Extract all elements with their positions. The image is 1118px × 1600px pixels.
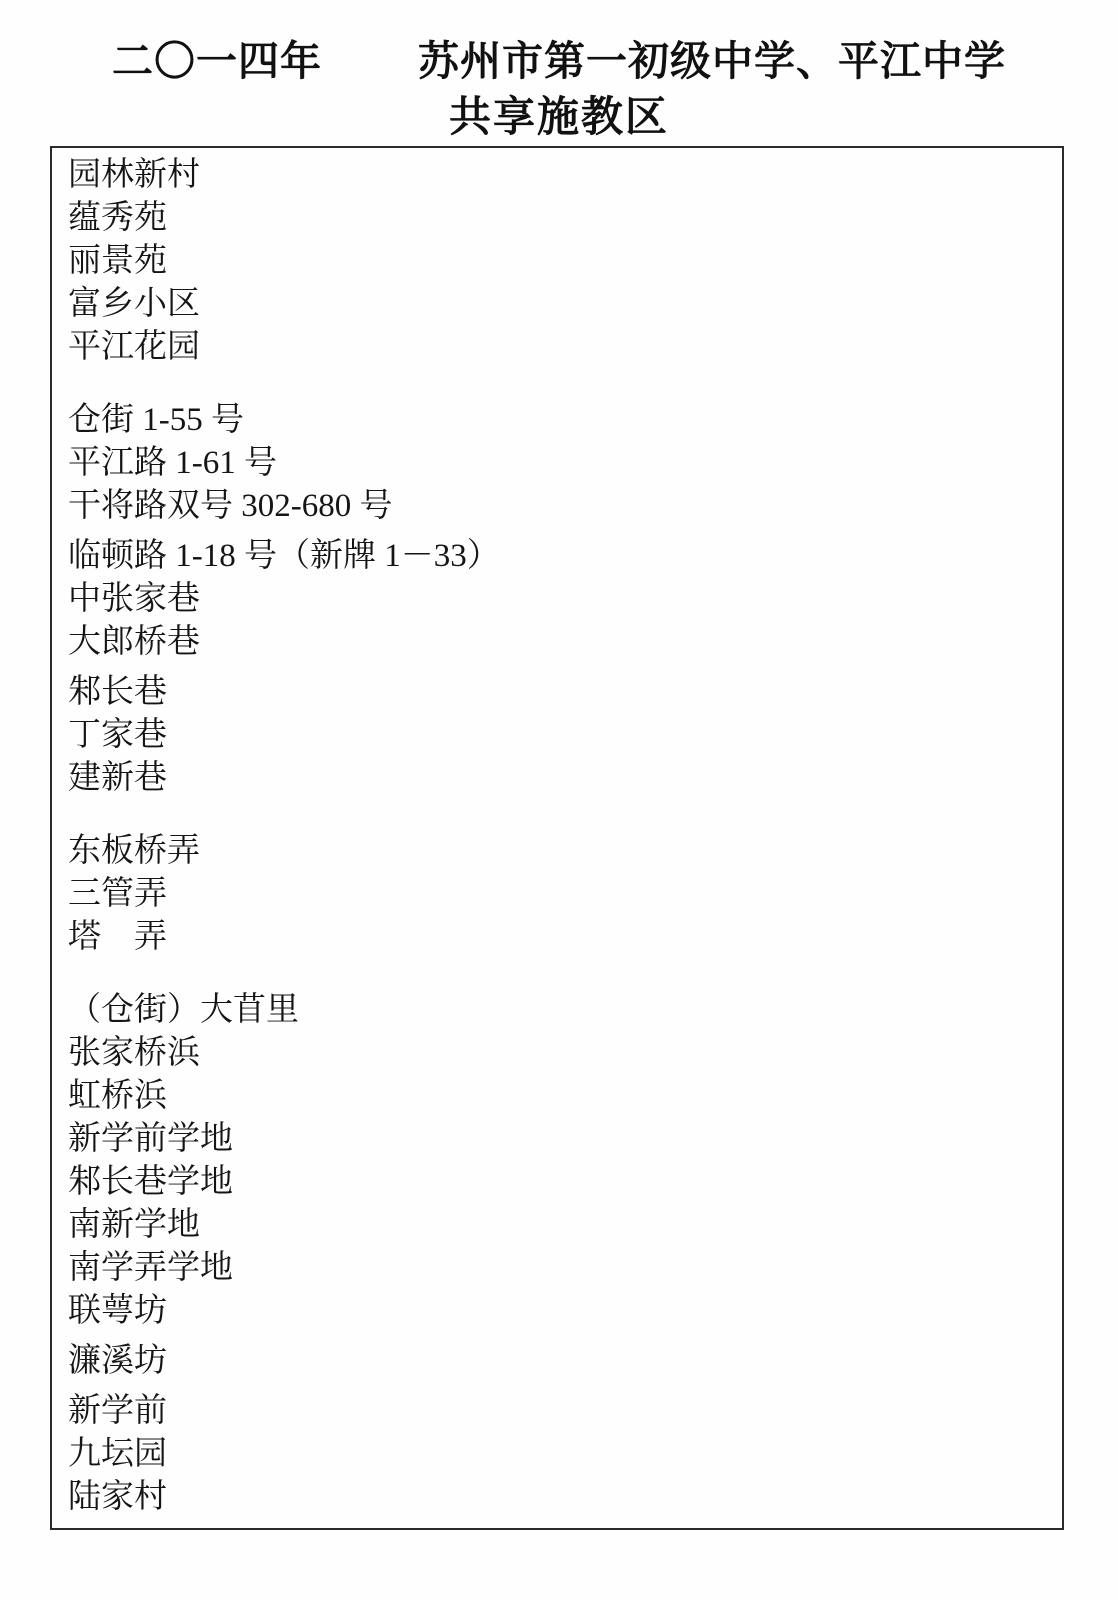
- district-item: 蕴秀苑: [68, 197, 1042, 240]
- district-item: 濂溪坊: [68, 1340, 1042, 1383]
- district-item: 张家桥浜: [68, 1032, 1042, 1075]
- document-title: 二〇一四年 苏州市第一初级中学、平江中学 共享施教区: [0, 0, 1118, 144]
- district-item: 建新巷: [68, 757, 1042, 800]
- district-item: 临顿路 1-18 号（新牌 1－33）: [68, 535, 1042, 578]
- district-item: 丁家巷: [68, 714, 1042, 757]
- district-item: 塔 弄: [68, 916, 1042, 959]
- district-list: 园林新村 蕴秀苑 丽景苑 富乡小区 平江花园 仓街 1-55 号 平江路 1-6…: [50, 146, 1064, 1530]
- district-item: 园林新村: [68, 154, 1042, 197]
- district-item: 邾长巷: [68, 671, 1042, 714]
- title-line-1: 二〇一四年 苏州市第一初级中学、平江中学: [0, 34, 1118, 89]
- district-item: 仓街 1-55 号: [68, 399, 1042, 442]
- district-item: 大郎桥巷: [68, 621, 1042, 664]
- district-item: 干将路双号 302-680 号: [68, 485, 1042, 528]
- title-schools: 苏州市第一初级中学、平江中学: [418, 34, 1006, 89]
- district-item: 新学前学地: [68, 1118, 1042, 1161]
- district-item: 新学前: [68, 1390, 1042, 1433]
- district-item: 九坛园: [68, 1433, 1042, 1476]
- district-item: 联萼坊: [68, 1290, 1042, 1333]
- title-year: 二〇一四年: [112, 34, 322, 89]
- district-item: 三管弄: [68, 873, 1042, 916]
- district-item: 丽景苑: [68, 240, 1042, 283]
- district-item: 富乡小区: [68, 283, 1042, 326]
- district-item: 邾长巷学地: [68, 1161, 1042, 1204]
- district-item: 东板桥弄: [68, 830, 1042, 873]
- document-page: 二〇一四年 苏州市第一初级中学、平江中学 共享施教区 园林新村 蕴秀苑 丽景苑 …: [0, 0, 1118, 1600]
- district-item: 中张家巷: [68, 578, 1042, 621]
- title-subtitle: 共享施教区: [0, 89, 1118, 144]
- district-item: 南学弄学地: [68, 1247, 1042, 1290]
- district-item: 虹桥浜: [68, 1075, 1042, 1118]
- district-item: 陆家村: [68, 1476, 1042, 1519]
- district-item: 平江花园: [68, 326, 1042, 369]
- district-item: （仓街）大苜里: [68, 989, 1042, 1032]
- district-item: 南新学地: [68, 1204, 1042, 1247]
- district-item: 平江路 1-61 号: [68, 442, 1042, 485]
